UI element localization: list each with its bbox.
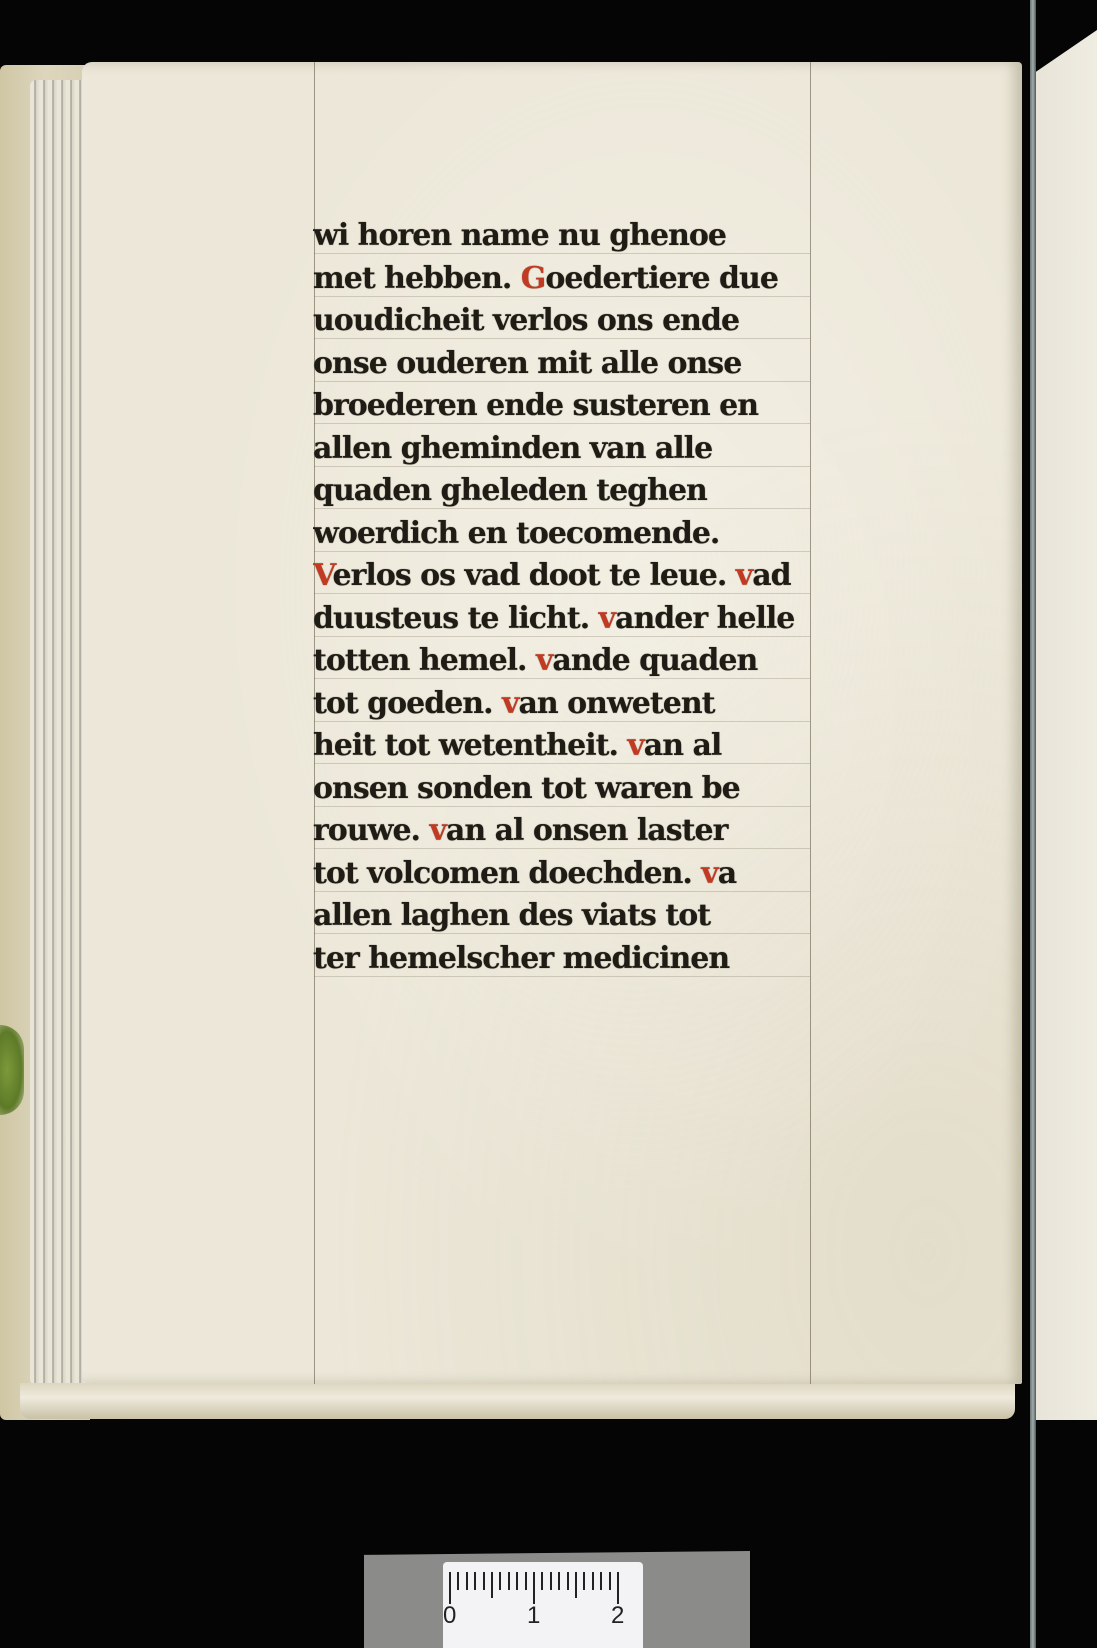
text-segment: heit tot wetentheit. [313, 728, 627, 763]
text-segment: tot volcomen doechden. [313, 856, 701, 891]
manuscript-line: totten hemel. vande quaden [313, 640, 833, 683]
ruler-tick [491, 1572, 493, 1598]
ruler-tick [617, 1572, 619, 1604]
manuscript-line: tot volcomen doechden. va [313, 853, 833, 896]
ruler-label: 1 [527, 1602, 540, 1630]
scale-ruler: 012 [443, 1562, 643, 1648]
manuscript-line: broederen ende susteren en [313, 385, 833, 428]
ruler-tick [558, 1572, 560, 1590]
ruler-tick [550, 1572, 552, 1590]
ruler-tick [575, 1572, 577, 1598]
manuscript-line: ter hemelscher medicinen [313, 938, 833, 981]
text-segment: uoudicheit verlos ons ende [313, 303, 739, 338]
manuscript-line: onse ouderen mit alle onse [313, 343, 833, 386]
manuscript-line: allen gheminden van alle [313, 428, 833, 471]
facing-leaf [1036, 30, 1097, 1420]
ruler-label: 0 [443, 1602, 456, 1630]
ruler-tick [541, 1572, 543, 1590]
ruler-tick [600, 1572, 602, 1590]
rubricated-initial: v [502, 686, 518, 721]
manuscript-line: duusteus te licht. vander helle [313, 598, 833, 641]
text-segment: ande quaden [552, 643, 757, 678]
text-segment: allen gheminden van alle [313, 431, 712, 466]
ruler-label: 2 [611, 1602, 624, 1630]
text-segment: a [718, 856, 736, 891]
ruler-tick [483, 1572, 485, 1590]
text-segment: ter hemelscher medicinen [313, 941, 729, 976]
ruler-tick [457, 1572, 459, 1590]
text-segment: woerdich en toecomende. [313, 516, 719, 551]
text-segment: ander helle [615, 601, 794, 636]
moss-fragment [0, 1025, 24, 1115]
text-segment: onsen sonden tot waren be [313, 771, 740, 806]
ruler-tick [525, 1572, 527, 1590]
text-segment: an al [644, 728, 722, 763]
text-segment: duusteus te licht. [313, 601, 599, 636]
text-segment: rouwe. [313, 813, 429, 848]
manuscript-line: met hebben. Goedertiere due [313, 258, 833, 301]
ruler-tick [449, 1572, 451, 1604]
text-segment: erlos os vad doot te leue. [333, 558, 736, 593]
manuscript-line: uoudicheit verlos ons ende [313, 300, 833, 343]
rubricated-initial: V [313, 558, 333, 593]
glass-plate-edge [1030, 0, 1036, 1648]
rubricated-initial: v [599, 601, 615, 636]
ruler-tick [508, 1572, 510, 1590]
ruler-tick [567, 1572, 569, 1590]
ruler-tick [466, 1572, 468, 1590]
text-segment: oedertiere due [545, 261, 778, 296]
rubricated-initial: G [521, 261, 546, 296]
manuscript-line: rouwe. van al onsen laster [313, 810, 833, 853]
book-bottom-edge [20, 1383, 1015, 1419]
rubricated-initial: v [536, 643, 552, 678]
text-segment: an al onsen laster [446, 813, 728, 848]
text-block: wi horen name nu ghenoemet hebben. Goede… [313, 215, 833, 980]
text-segment: met hebben. [313, 261, 521, 296]
manuscript-line: heit tot wetentheit. van al [313, 725, 833, 768]
manuscript-line: allen laghen des viats tot [313, 895, 833, 938]
rubricated-initial: v [736, 558, 752, 593]
manuscript-line: tot goeden. van onwetent [313, 683, 833, 726]
rubricated-initial: v [429, 813, 445, 848]
manuscript-line: quaden gheleden teghen [313, 470, 833, 513]
ruler-tick [592, 1572, 594, 1590]
text-segment: tot goeden. [313, 686, 502, 721]
ruler-tick [609, 1572, 611, 1590]
text-segment: onse ouderen mit alle onse [313, 346, 741, 381]
ruler-tick [533, 1572, 535, 1604]
ruler-tick [474, 1572, 476, 1590]
text-segment: quaden gheleden teghen [313, 473, 707, 508]
rubricated-initial: v [627, 728, 643, 763]
ruler-tick [583, 1572, 585, 1590]
text-segment: broederen ende susteren en [313, 388, 758, 423]
manuscript-line: woerdich en toecomende. [313, 513, 833, 556]
ruler-tick [516, 1572, 518, 1590]
text-segment: totten hemel. [313, 643, 536, 678]
text-segment: ad [752, 558, 790, 593]
manuscript-line: onsen sonden tot waren be [313, 768, 833, 811]
manuscript-line: Verlos os vad doot te leue. vad [313, 555, 833, 598]
ruler-tick [499, 1572, 501, 1590]
manuscript-line: wi horen name nu ghenoe [313, 215, 833, 258]
text-segment: allen laghen des viats tot [313, 898, 710, 933]
rubricated-initial: v [701, 856, 717, 891]
text-segment: wi horen name nu ghenoe [313, 218, 726, 253]
text-segment: an onwetent [518, 686, 714, 721]
